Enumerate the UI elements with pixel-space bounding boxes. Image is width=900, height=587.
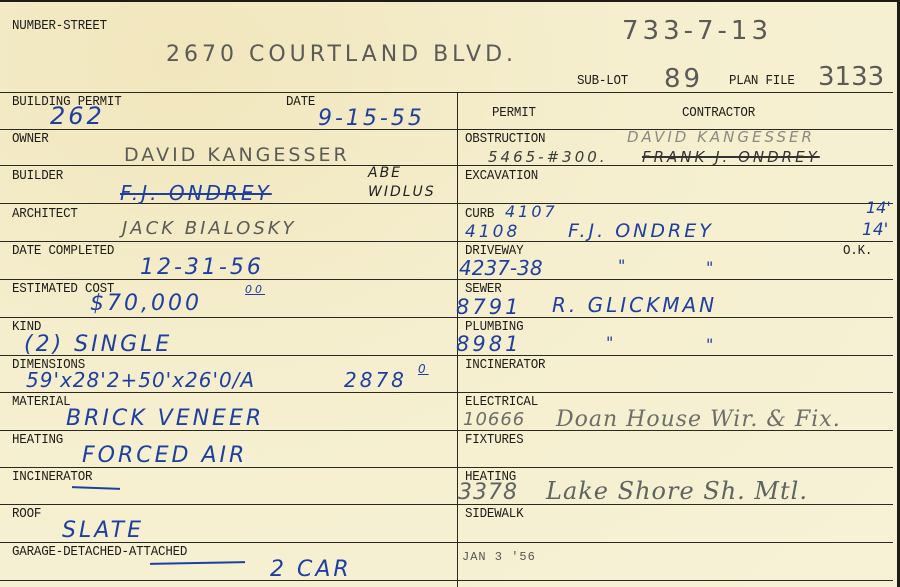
electrical-contractor: Doan House Wir. & Fix. <box>556 407 841 432</box>
incinerator-label-left: INCINERATOR <box>12 469 92 484</box>
estimated-cost-cents: 00 <box>245 283 265 296</box>
permit-column-header: PERMIT <box>492 105 536 120</box>
plumbing-ditto-2: " <box>706 335 716 354</box>
incinerator-label-right: INCINERATOR <box>465 357 545 372</box>
estimated-cost-value: $70,000 <box>90 291 202 316</box>
rule-header <box>0 92 893 93</box>
parcel-number: 733-7-13 <box>622 16 772 46</box>
dimensions-extra: 2878 <box>344 368 407 392</box>
excavation-label: EXCAVATION <box>465 168 538 183</box>
number-street-label: NUMBER-STREET <box>12 18 107 33</box>
curb-length-2: 14' <box>862 220 888 240</box>
sewer-label: SEWER <box>465 281 502 296</box>
plumbing-permit: 8981 <box>456 332 521 356</box>
rule <box>0 317 893 318</box>
date-completed-label: DATE COMPLETED <box>12 243 114 258</box>
building-permit-value: 262 <box>50 102 105 130</box>
sub-lot-label: SUB-LOT <box>577 73 628 88</box>
date-value: 9-15-55 <box>318 106 425 131</box>
curb-contractor: F.J. ONDREY <box>568 220 714 242</box>
electrical-label: ELECTRICAL <box>465 394 538 409</box>
kind-value: (2) SINGLE <box>24 332 172 357</box>
owner-label: OWNER <box>12 131 49 146</box>
date-completed-value: 12-31-56 <box>140 255 264 280</box>
driveway-ditto-1: " <box>618 256 628 275</box>
obstruction-contractor-note: DAVID KANGESSER <box>627 128 815 146</box>
builder-label: BUILDER <box>12 168 63 183</box>
address-value: 2670 COURTLAND BLVD. <box>166 42 517 67</box>
obstruction-label: OBSTRUCTION <box>465 131 545 146</box>
plumbing-ditto-1: " <box>606 333 616 352</box>
dimensions-extra-sup: 0 <box>418 362 429 376</box>
date-label: DATE <box>286 94 315 109</box>
heating-value: FORCED AIR <box>82 443 247 468</box>
obstruction-permit: 5465-#300. <box>488 148 608 166</box>
contractor-column-header: CONTRACTOR <box>682 105 755 120</box>
builder-replacement-line2: WIDLUS <box>368 184 436 200</box>
sub-lot-value: 89 <box>664 64 703 94</box>
curb-permit-2: 4108 <box>465 222 520 242</box>
driveway-permit: 4237-38 <box>459 256 543 280</box>
sidewalk-label: SIDEWALK <box>465 506 523 521</box>
fixtures-label: FIXTURES <box>465 432 523 447</box>
owner-value: DAVID KANGESSER <box>124 144 350 166</box>
curb-length-1: 14' <box>866 198 891 217</box>
heating-contractor: Lake Shore Sh. Mtl. <box>546 477 808 505</box>
plan-file-label: PLAN FILE <box>729 73 795 88</box>
driveway-ditto-2: " <box>706 258 716 277</box>
rule <box>0 580 893 581</box>
rule <box>0 241 893 242</box>
garage-label: GARAGE-DETACHED-ATTACHED <box>12 544 187 559</box>
heating-label: HEATING <box>12 432 63 447</box>
obstruction-contractor-struck: FRANK J. ONDREY <box>642 148 820 166</box>
building-record-card: NUMBER-STREET 2670 COURTLAND BLVD. 733-7… <box>0 0 900 587</box>
sewer-permit: 8791 <box>456 295 521 319</box>
curb-label: CURB <box>465 206 494 221</box>
electrical-permit: 10666 <box>463 409 525 430</box>
plan-file-value: 3133 <box>818 62 884 92</box>
dimensions-value: 59'x28'2+50'x26'0/A <box>26 368 255 392</box>
rule <box>0 279 893 280</box>
builder-value-struck: F.J. ONDREY <box>120 181 272 205</box>
roof-label: ROOF <box>12 506 41 521</box>
roof-value: SLATE <box>62 518 144 543</box>
garage-attached-underline-mark <box>150 561 245 565</box>
material-label: MATERIAL <box>12 394 70 409</box>
architect-value: JACK BIALOSKY <box>122 218 297 239</box>
garage-value: 2 CAR <box>270 557 352 582</box>
builder-replacement-line1: ABE <box>368 165 402 181</box>
date-stamp: JAN 3 '56 <box>462 550 536 564</box>
heating-permit: 3378 <box>458 480 518 505</box>
material-value: BRICK VENEER <box>66 406 264 431</box>
incinerator-underline-mark <box>72 486 120 490</box>
architect-label: ARCHITECT <box>12 206 78 221</box>
rule <box>0 392 893 393</box>
sewer-contractor: R. GLICKMAN <box>552 293 717 317</box>
driveway-status: O.K. <box>843 243 872 258</box>
curb-permit-1: 4107 <box>505 202 558 221</box>
